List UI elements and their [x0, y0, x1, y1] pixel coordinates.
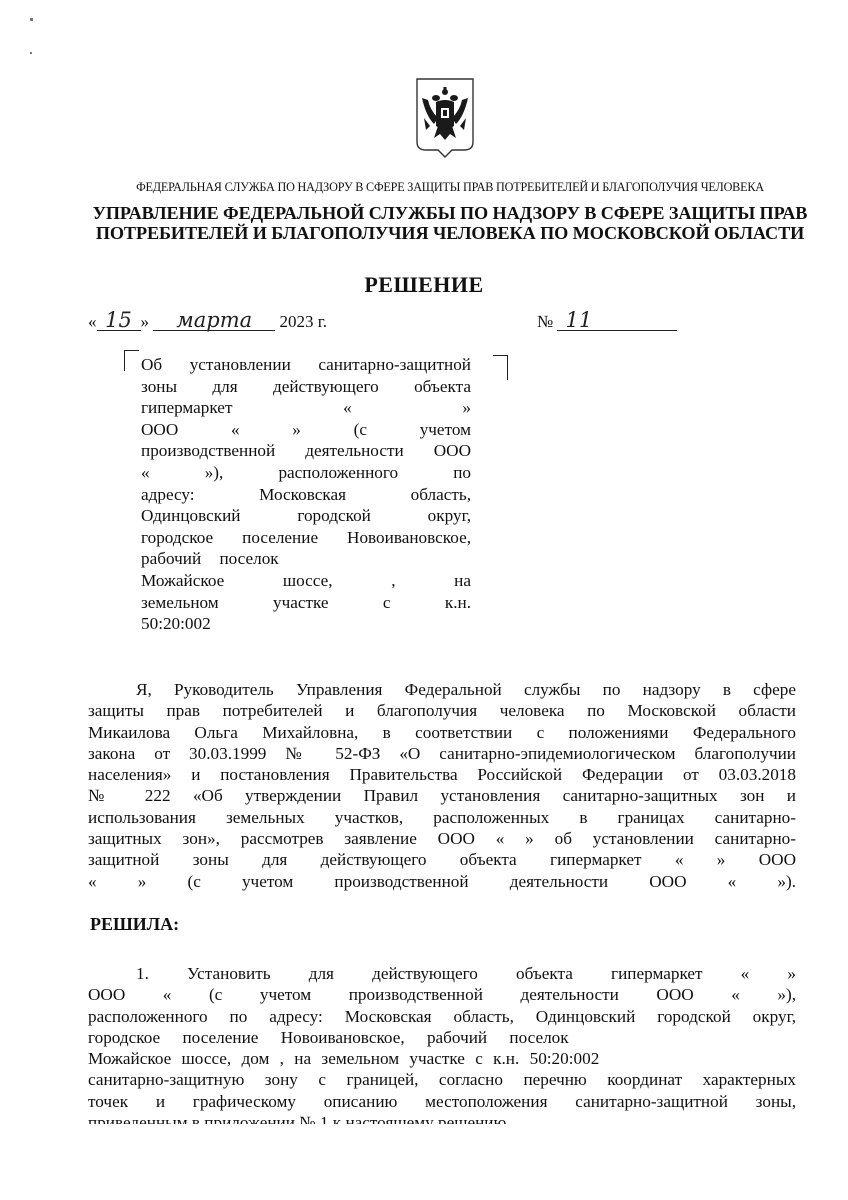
item-line: городское поселение Новоивановское, рабо… [88, 1027, 796, 1048]
scan-speck [30, 18, 33, 21]
agency-line: УПРАВЛЕНИЕ ФЕДЕРАЛЬНОЙ СЛУЖБЫ ПО НАДЗОРУ… [80, 203, 820, 223]
subject-line: гипермаркет « » [141, 397, 471, 419]
decision-date: «15» марта 2023 г. [88, 310, 327, 332]
preamble-line: № 222 «Об утверждении Правил установлени… [88, 785, 796, 806]
scan-speck [30, 52, 32, 54]
subject-line: зоны для действующего объекта [141, 376, 471, 398]
number-label: № [537, 312, 553, 331]
agency-name-federal: ФЕДЕРАЛЬНАЯ СЛУЖБА ПО НАДЗОРУ В СФЕРЕ ЗА… [100, 180, 800, 195]
preamble-line: защитной зоны для действующего объекта г… [88, 849, 796, 870]
decided-heading: РЕШИЛА: [90, 914, 179, 935]
document-title: РЕШЕНИЕ [0, 272, 848, 298]
preamble-line: « » (с учетом производственной деятельно… [88, 871, 796, 892]
subject-bracket-right [493, 355, 508, 380]
preamble-line: закона от 30.03.1999 № 52-ФЗ «О санитарн… [88, 743, 796, 764]
preamble-line: использования земельных участков, распол… [88, 807, 796, 828]
agency-line: ПОТРЕБИТЕЛЕЙ И БЛАГОПОЛУЧИЯ ЧЕЛОВЕКА ПО … [80, 223, 820, 243]
subject-line: 50:20:002 [141, 613, 471, 635]
subject-line: адресу: Московская область, [141, 484, 471, 506]
subject-line: Об установлении санитарно-защитной [141, 354, 471, 376]
item-line: санитарно-защитную зону с границей, согл… [88, 1069, 796, 1090]
quote-close: » [141, 312, 150, 331]
decision-item-1: 1. Установить для действующего объекта г… [88, 963, 796, 1124]
subject-line: земельном участке с к.н. [141, 592, 471, 614]
decision-subject: Об установлении санитарно-защитной зоны … [141, 354, 471, 635]
item-line: ООО « (с учетом производственной деятель… [88, 984, 796, 1005]
coat-of-arms-icon [414, 76, 476, 160]
preamble-line: Микаилова Ольга Михайловна, в соответств… [88, 722, 796, 743]
subject-line: городское поселение Новоивановское, [141, 527, 471, 549]
subject-line: Можайское шоссе, , на [141, 570, 471, 592]
subject-bracket-left [124, 350, 139, 371]
subject-line: ООО « » (с учетом [141, 419, 471, 441]
decision-number: № 11 [537, 310, 677, 332]
preamble-line: Я, Руководитель Управления Федеральной с… [88, 679, 796, 700]
agency-name-regional: УПРАВЛЕНИЕ ФЕДЕРАЛЬНОЙ СЛУЖБЫ ПО НАДЗОРУ… [80, 203, 820, 243]
subject-line: « »), расположенного по [141, 462, 471, 484]
date-day: 15 [97, 310, 141, 331]
subject-line: производственной деятельности ООО [141, 440, 471, 462]
date-month: марта [153, 310, 275, 331]
subject-line: Одинцовский городской округ, [141, 505, 471, 527]
preamble-line: защиты прав потребителей и благополучия … [88, 700, 796, 721]
item-line: точек и графическому описанию местополож… [88, 1091, 796, 1112]
quote-open: « [88, 312, 97, 331]
item-line-cutoff: приведенным в приложении № 1 к настоящем… [88, 1112, 796, 1124]
subject-line: рабочий поселок [141, 548, 471, 570]
preamble-paragraph: Я, Руководитель Управления Федеральной с… [88, 679, 796, 892]
item-line: расположенного по адресу: Московская обл… [88, 1006, 796, 1027]
item-line: 1. Установить для действующего объекта г… [88, 963, 796, 984]
date-year: 2023 г. [280, 312, 328, 331]
preamble-line: защитных зон», рассмотрев заявление ООО … [88, 828, 796, 849]
preamble-line: населения» и постановления Правительства… [88, 764, 796, 785]
item-line: Можайское шоссе, дом , на земельном учас… [88, 1048, 796, 1069]
number-value: 11 [557, 310, 677, 331]
